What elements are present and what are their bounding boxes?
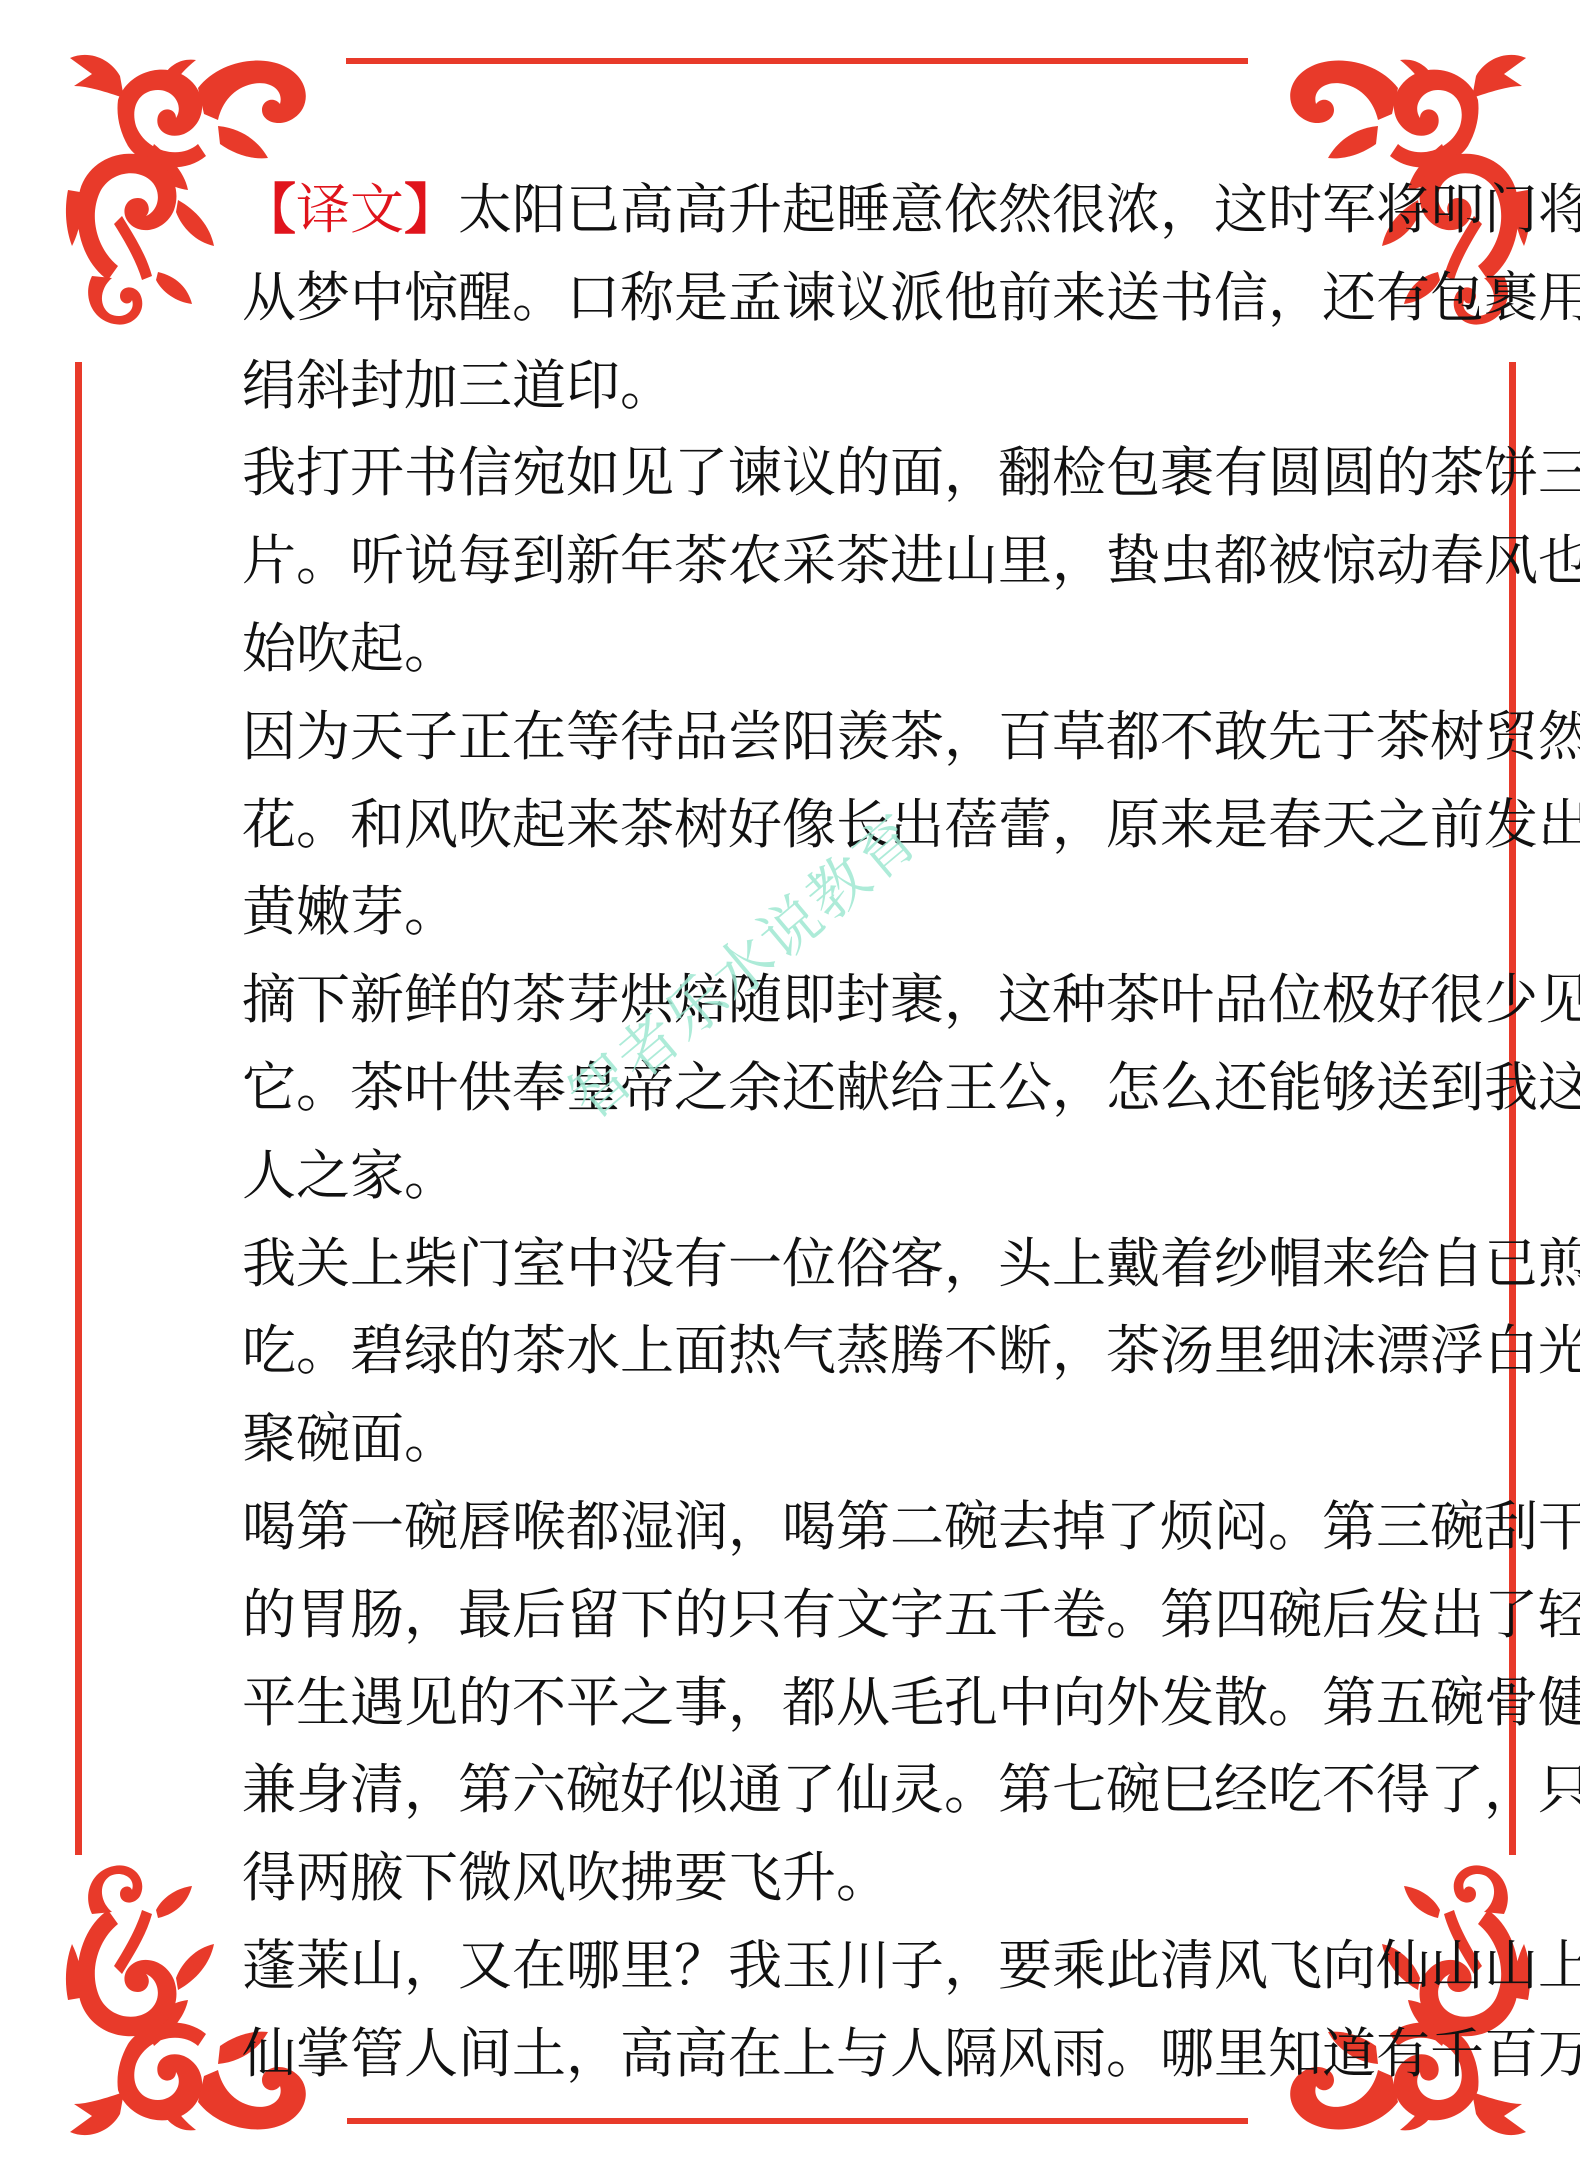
translation-text: 【译文】太阳已高高升起睡意依然很浓，这时军将叩门将我 从梦中惊醒。口称是孟谏议派…: [242, 166, 1352, 2098]
frame-left-line: [75, 362, 82, 1855]
frame-bottom-line: [347, 2118, 1248, 2124]
text-line: 摘下新鲜的茶芽烘焙随即封裹，这种茶叶品位极好很少见到: [242, 956, 1352, 1044]
text-line: 聚碗面。: [242, 1395, 1352, 1483]
text-line-1: 【译文】太阳已高高升起睡意依然很浓，这时军将叩门将我: [242, 166, 1352, 254]
translation-label: 【译文】: [242, 178, 458, 241]
text-line: 人之家。: [242, 1132, 1352, 1220]
text-line: 我打开书信宛如见了谏议的面，翻检包裹有圆圆的茶饼三百: [242, 429, 1352, 517]
text-line: 片。听说每到新年茶农采茶进山里，蛰虫都被惊动春风也开: [242, 517, 1352, 605]
document-page: 【译文】太阳已高高升起睡意依然很浓，这时军将叩门将我 从梦中惊醒。口称是孟谏议派…: [0, 0, 1580, 2165]
text-line: 仙掌管人间土，高高在上与人隔风雨。哪里知道有千百万百: [242, 2010, 1352, 2098]
text-line: 的胃肠，最后留下的只有文字五千卷。第四碗后发出了轻汗，: [242, 1571, 1352, 1659]
text-line: 黄嫩芽。: [242, 868, 1352, 956]
text-line: 吃。碧绿的茶水上面热气蒸腾不断，茶汤里细沫漂浮白光凝: [242, 1307, 1352, 1395]
text-line: 兼身清，第六碗好似通了仙灵。第七碗巳经吃不得了，只觉: [242, 1746, 1352, 1834]
text-line: 始吹起。: [242, 605, 1352, 693]
text-line: 我关上柴门室中没有一位俗客，头上戴着纱帽来给自已煎茶: [242, 1220, 1352, 1308]
text-line: 从梦中惊醒。口称是孟谏议派他前来送书信，还有包裹用白: [242, 254, 1352, 342]
frame-top-line: [346, 58, 1248, 64]
text-line: 花。和风吹起来茶树好像长出蓓蕾，原来是春天之前发出的: [242, 781, 1352, 869]
text-line: 绢斜封加三道印。: [242, 342, 1352, 430]
text-line: 它。茶叶供奉皇帝之余还献给王公，怎么还能够送到我这山: [242, 1044, 1352, 1132]
text-line: 蓬莱山，又在哪里？我玉川子，要乘此清风飞向仙山山上群: [242, 1922, 1352, 2010]
text-line: 因为天子正在等待品尝阳羡茶，百草都不敢先于茶树贸然开: [242, 693, 1352, 781]
text-line: 平生遇见的不平之事，都从毛孔中向外发散。第五碗骨健又: [242, 1659, 1352, 1747]
text-line: 得两腋下微风吹拂要飞升。: [242, 1834, 1352, 1922]
text-line: 喝第一碗唇喉都湿润，喝第二碗去掉了烦闷。第三碗刮干我: [242, 1483, 1352, 1571]
